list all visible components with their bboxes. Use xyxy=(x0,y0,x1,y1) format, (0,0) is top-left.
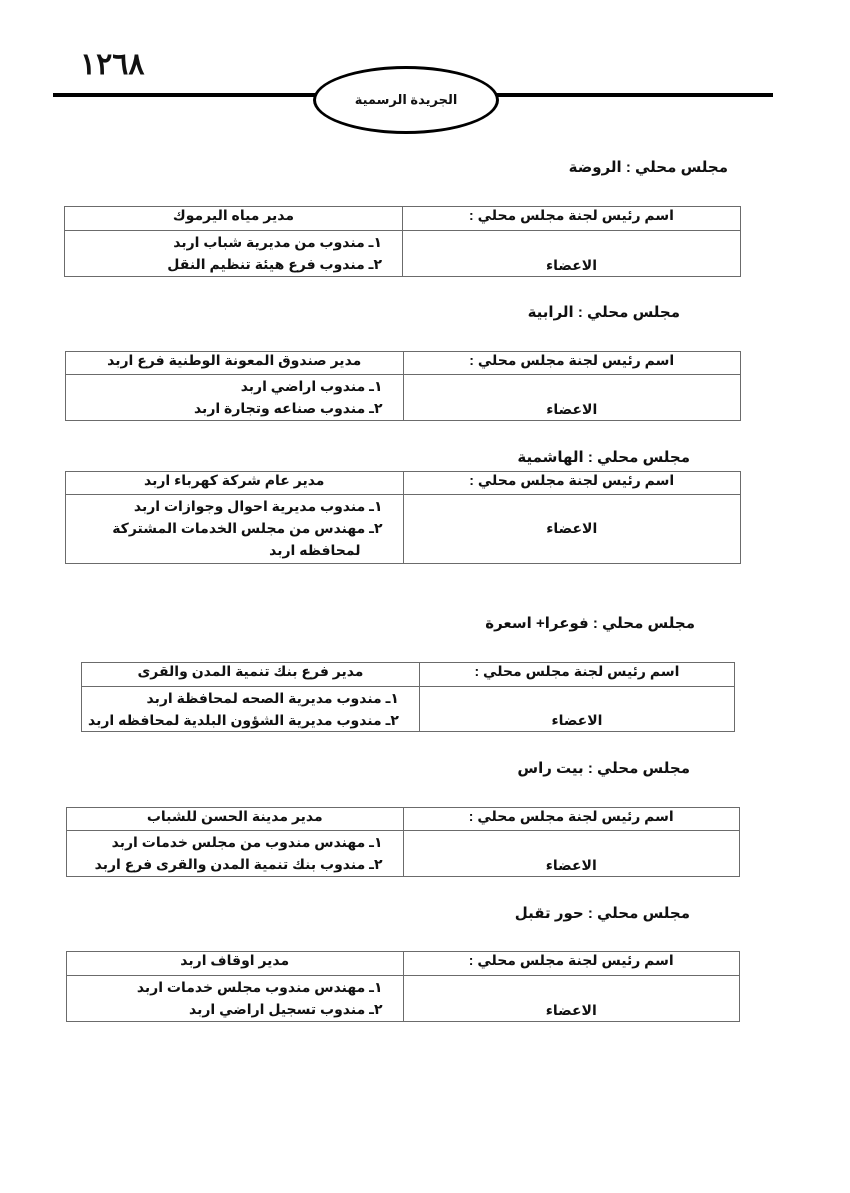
head-value: مدير اوقاف اربد xyxy=(67,952,404,976)
committee-table: اسم رئيس لجنة مجلس محلي : مدير مدينة الح… xyxy=(66,807,740,877)
members-label: الاعضاء xyxy=(403,976,740,1022)
head-label: اسم رئيس لجنة مجلس محلي : xyxy=(403,952,740,976)
gazette-title: الجريدة الرسمية xyxy=(355,92,458,108)
member-item: ٢ـ مندوب تسجيل اراضي اربد xyxy=(73,998,383,1020)
committee-table: اسم رئيس لجنة مجلس محلي : مدير فرع بنك ت… xyxy=(81,662,735,732)
committee-table: اسم رئيس لجنة مجلس محلي : مدير مياه الير… xyxy=(64,206,741,277)
head-label: اسم رئيس لجنة مجلس محلي : xyxy=(419,663,734,687)
members-list: ١ـ مندوب مديرية الصحه لمحافظة اربد ٢ـ من… xyxy=(82,687,420,732)
member-item: ١ـ مهندس مندوب مجلس خدمات اربد xyxy=(73,976,383,998)
head-label: اسم رئيس لجنة مجلس محلي : xyxy=(403,207,741,231)
head-value: مدير مدينة الحسن للشباب xyxy=(67,808,404,831)
member-item: ١ـ مندوب مديرية احوال وجوازات اربد xyxy=(72,495,383,517)
members-list: ١ـ مندوب اراضي اربد ٢ـ مندوب صناعه وتجار… xyxy=(66,375,404,421)
gazette-title-ellipse: الجريدة الرسمية xyxy=(313,66,499,134)
council-title: مجلس محلي : حور تقبل xyxy=(515,904,690,922)
member-item: ٢ـ مندوب فرع هيئة تنظيم النقل xyxy=(71,253,382,275)
council-title: مجلس محلي : الرابية xyxy=(528,303,680,321)
member-item: ١ـ مندوب مديرية الصحه لمحافظة اربد xyxy=(88,687,399,709)
head-value: مدير مياه اليرموك xyxy=(65,207,403,231)
member-item: ١ـ مندوب من مديرية شباب اربد xyxy=(71,231,382,253)
member-item: ٢ـ مندوب بنك تنمية المدن والقرى فرع اربد xyxy=(73,853,383,875)
members-label: الاعضاء xyxy=(403,495,741,564)
members-list: ١ـ مندوب مديرية احوال وجوازات اربد ٢ـ مه… xyxy=(66,495,404,564)
head-value: مدير عام شركة كهرباء اربد xyxy=(66,472,404,495)
members-label: الاعضاء xyxy=(403,231,741,277)
members-list: ١ـ مندوب من مديرية شباب اربد ٢ـ مندوب فر… xyxy=(65,231,403,277)
member-item: ١ـ مهندس مندوب من مجلس خدمات اربد xyxy=(73,831,383,853)
members-list: ١ـ مهندس مندوب من مجلس خدمات اربد ٢ـ مند… xyxy=(67,831,404,877)
members-label: الاعضاء xyxy=(419,687,734,732)
member-item: ٢ـ مهندس من مجلس الخدمات المشتركة xyxy=(72,517,383,539)
members-list: ١ـ مهندس مندوب مجلس خدمات اربد ٢ـ مندوب … xyxy=(67,976,404,1022)
council-title: مجلس محلي : فوعرا+ اسعرة xyxy=(485,614,695,632)
members-label: الاعضاء xyxy=(403,375,741,421)
members-label: الاعضاء xyxy=(403,831,740,877)
head-value: مدير فرع بنك تنمية المدن والقرى xyxy=(82,663,420,687)
page-number: ١٢٦٨ xyxy=(80,50,144,80)
council-title: مجلس محلي : بيت راس xyxy=(517,759,690,777)
member-item: لمحافظه اربد xyxy=(72,539,383,561)
member-item: ٢ـ مندوب صناعه وتجارة اربد xyxy=(72,397,383,419)
member-item: ١ـ مندوب اراضي اربد xyxy=(72,375,383,397)
head-label: اسم رئيس لجنة مجلس محلي : xyxy=(403,472,741,495)
head-value: مدير صندوق المعونة الوطنية فرع اربد xyxy=(66,352,404,375)
council-title: مجلس محلي : الهاشمية xyxy=(517,448,690,466)
committee-table: اسم رئيس لجنة مجلس محلي : مدير عام شركة … xyxy=(65,471,741,564)
committee-table: اسم رئيس لجنة مجلس محلي : مدير اوقاف ارب… xyxy=(66,951,740,1022)
council-title: مجلس محلي : الروضة xyxy=(569,158,728,176)
head-label: اسم رئيس لجنة مجلس محلي : xyxy=(403,808,740,831)
committee-table: اسم رئيس لجنة مجلس محلي : مدير صندوق الم… xyxy=(65,351,741,421)
head-label: اسم رئيس لجنة مجلس محلي : xyxy=(403,352,741,375)
member-item: ٢ـ مندوب مديرية الشؤون البلدية لمحافظه ا… xyxy=(88,709,399,731)
